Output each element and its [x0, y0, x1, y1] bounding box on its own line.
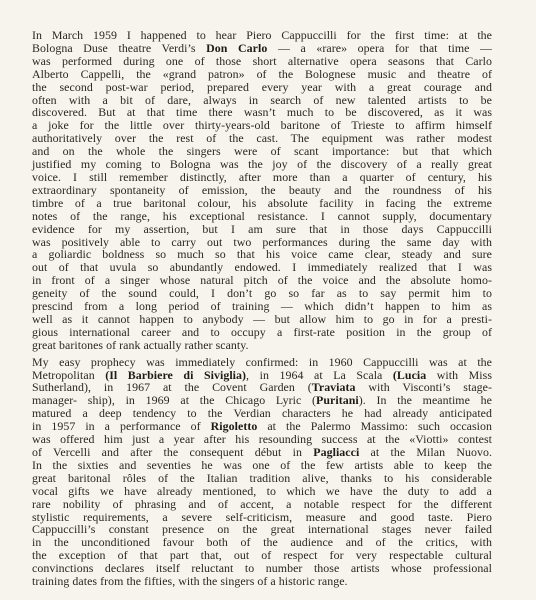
text-line: Bologna Duse theatre Verdi’s Don Carlo —… — [32, 42, 492, 55]
bold-title: (Il Barbiere di Siviglia) — [105, 368, 246, 382]
bold-title: Rigoletto — [211, 419, 258, 433]
text-line: extraordinary spontaneity of emission, t… — [32, 184, 492, 197]
document-page: In March 1959 I happened to hear Piero C… — [32, 29, 492, 588]
text-line: prescind from a long period of training … — [32, 300, 492, 313]
paragraph-2: My easy prophecy was immediately confirm… — [32, 356, 492, 588]
text-line: great baritonal rôles of the Italian tra… — [32, 472, 492, 485]
text-line: was performed during one of those short … — [32, 55, 492, 68]
text-line: In the sixties and seventies he was one … — [32, 459, 492, 472]
text-line: great baritones of rank actually rather … — [32, 339, 492, 352]
bold-title: Pagliacci — [313, 445, 359, 459]
text-line: vocal gifts we have already mentioned, t… — [32, 485, 492, 498]
text-line: of Vercelli and after the consequent déb… — [32, 446, 492, 459]
text-line: training dates from the fifties, with th… — [32, 575, 492, 588]
text-line: notes of the range, his exceptional resi… — [32, 210, 492, 223]
bold-title: Traviata — [312, 380, 356, 394]
paragraph-1: In March 1959 I happened to hear Piero C… — [32, 29, 492, 352]
text-line: gious international career and to occupy… — [32, 326, 492, 339]
bold-title: (Lucia — [393, 368, 426, 382]
text-line: evidence for my assertion, but I am sure… — [32, 223, 492, 236]
text-line: timbre of a true baritonal colour, his a… — [32, 197, 492, 210]
bold-title: Don Carlo — [206, 41, 267, 55]
text-line: Alberto Cappelli, the «grand patron» of … — [32, 68, 492, 81]
text-line: well as it cannot happen to anybody — bu… — [32, 313, 492, 326]
text-line: voice. I still remember distinctly, afte… — [32, 171, 492, 184]
text-line: the second post-war period, prepared eve… — [32, 81, 492, 94]
bold-title: Puritani — [316, 393, 359, 407]
text-line: rare nobility of phrasing and of accent,… — [32, 498, 492, 511]
